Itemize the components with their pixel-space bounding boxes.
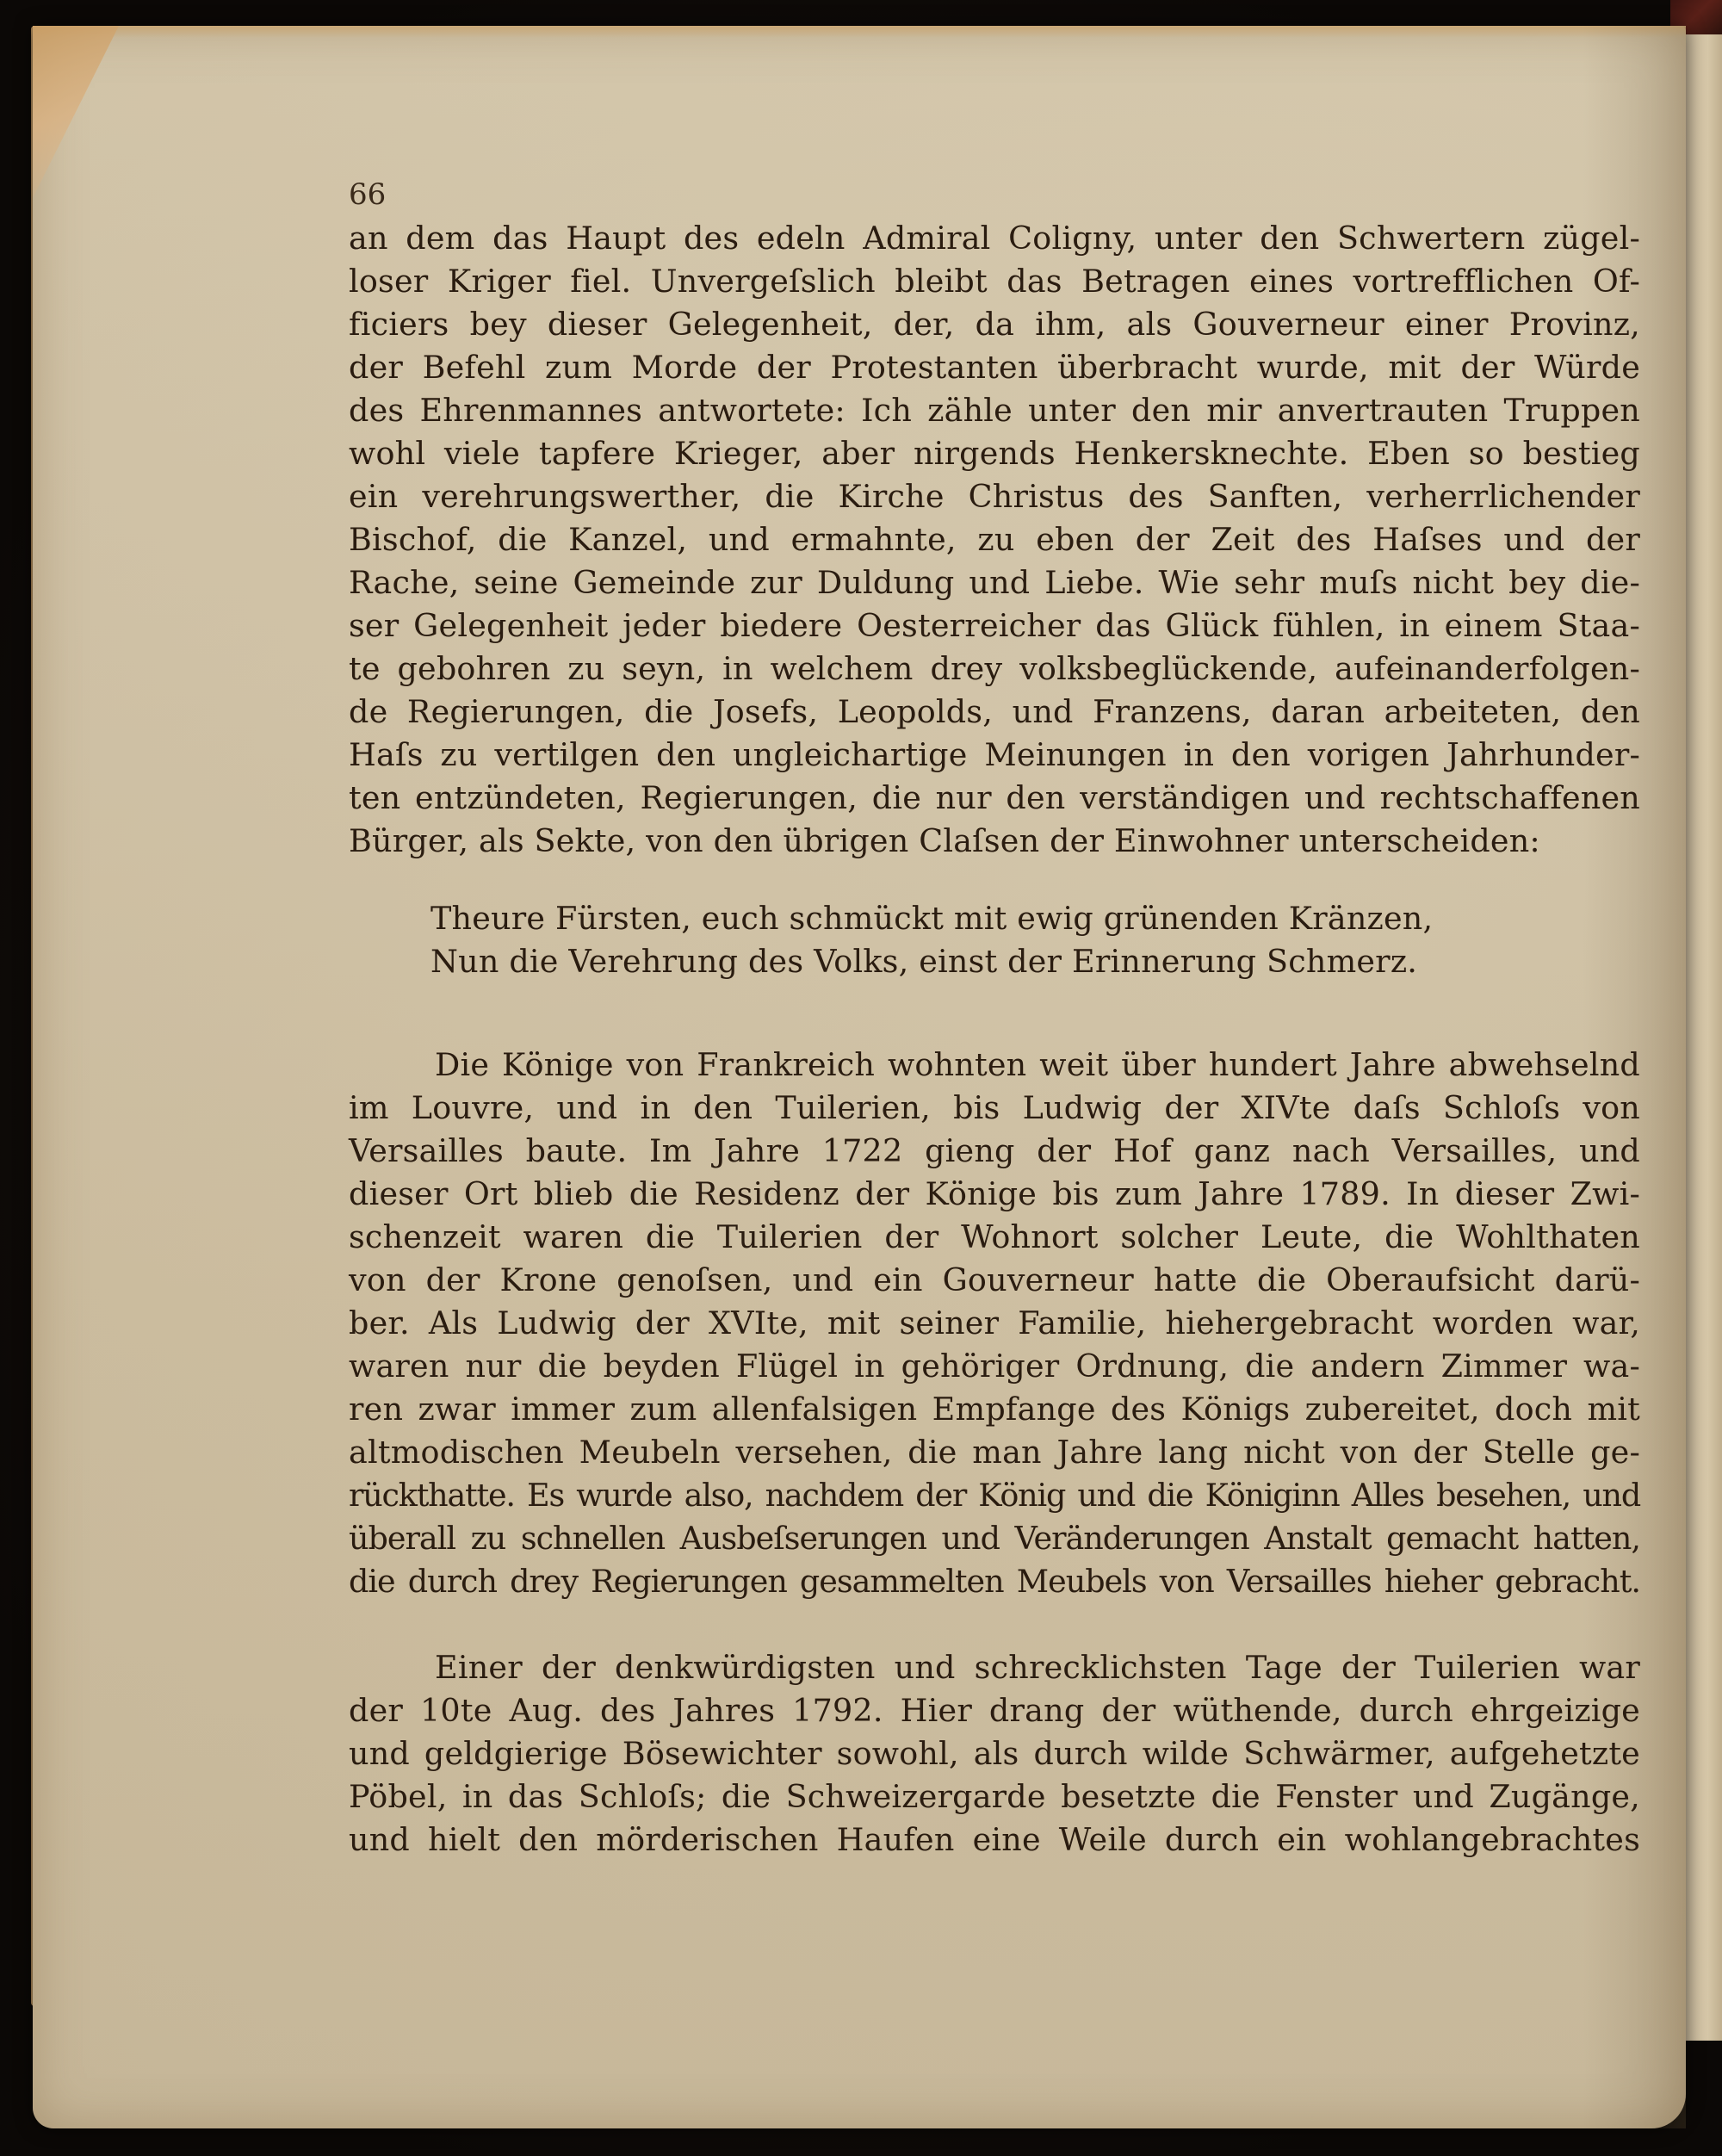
text-line: schenzeit waren die Tuilerien der Wohnor… bbox=[349, 1218, 1640, 1256]
text-line: Rache, seine Gemeinde zur Duldung und Li… bbox=[349, 564, 1640, 602]
text-line: im Louvre, und in den Tuilerien, bis Lud… bbox=[349, 1089, 1640, 1127]
text-line: loser Kriger fiel. Unvergeſslich bleibt … bbox=[349, 263, 1640, 300]
text-line: ser Gelegenheit jeder biedere Oesterreic… bbox=[349, 607, 1640, 645]
text-line: rückthatte. Es wurde also, nachdem der K… bbox=[349, 1477, 1640, 1515]
page-number: 66 bbox=[349, 177, 386, 212]
text-line: Die Könige von Frankreich wohnten weit ü… bbox=[435, 1046, 1640, 1084]
text-line: ber. Als Ludwig der XVIte, mit seiner Fa… bbox=[349, 1304, 1640, 1342]
text-line: die durch drey Regierungen gesammelten M… bbox=[349, 1563, 1640, 1601]
top-edge-stain bbox=[33, 26, 1686, 38]
verse-line: Theure Fürsten, euch schmückt mit ewig g… bbox=[430, 900, 1433, 938]
text-line: wohl viele tapfere Krieger, aber nirgend… bbox=[349, 435, 1640, 473]
text-line: de Regierungen, die Josefs, Leopolds, un… bbox=[349, 693, 1640, 731]
text-line: ten entzündeten, Regierungen, die nur de… bbox=[349, 779, 1640, 817]
text-line: Bischof, die Kanzel, und ermahnte, zu eb… bbox=[349, 521, 1640, 559]
adjacent-page-edge bbox=[1684, 34, 1722, 2041]
text-line: te gebohren zu seyn, in welchem drey vol… bbox=[349, 650, 1640, 688]
text-line: der 10te Aug. des Jahres 1792. Hier dran… bbox=[349, 1692, 1640, 1730]
text-line: des Ehrenmannes antwortete: Ich zähle un… bbox=[349, 392, 1640, 430]
text-line: waren nur die beyden Flügel in gehöriger… bbox=[349, 1347, 1640, 1385]
corner-fold-stain bbox=[33, 26, 119, 198]
text-line: überall zu schnellen Ausbeſserungen und … bbox=[349, 1520, 1640, 1558]
text-line: an dem das Haupt des edeln Admiral Colig… bbox=[349, 220, 1640, 257]
verse-line: Nun die Verehrung des Volks, einst der E… bbox=[430, 943, 1417, 981]
text-line: ein verehrungswerther, die Kirche Christ… bbox=[349, 478, 1640, 516]
text-line: ren zwar immer zum allenfalsigen Empfang… bbox=[349, 1391, 1640, 1428]
text-line: Einer der denkwürdigsten und schrecklich… bbox=[435, 1649, 1640, 1687]
text-line: altmodischen Meubeln versehen, die man J… bbox=[349, 1434, 1640, 1471]
text-line: Bürger, als Sekte, von den übrigen Claſs… bbox=[349, 822, 1640, 860]
text-line: Versailles baute. Im Jahre 1722 gieng de… bbox=[349, 1132, 1640, 1170]
text-line: dieser Ort blieb die Residenz der Könige… bbox=[349, 1175, 1640, 1213]
text-line: Haſs zu vertilgen den ungleichartige Mei… bbox=[349, 736, 1640, 774]
text-line: und geldgierige Bösewichter sowohl, als … bbox=[349, 1735, 1640, 1773]
text-line: Pöbel, in das Schloſs; die Schweizergard… bbox=[349, 1778, 1640, 1816]
text-line: der Befehl zum Morde der Protestanten üb… bbox=[349, 349, 1640, 387]
text-line: und hielt den mörderischen Haufen eine W… bbox=[349, 1821, 1640, 1859]
text-line: ficiers bey dieser Gelegenheit, der, da … bbox=[349, 306, 1640, 344]
text-line: von der Krone genoſsen, und ein Gouverne… bbox=[349, 1261, 1640, 1299]
